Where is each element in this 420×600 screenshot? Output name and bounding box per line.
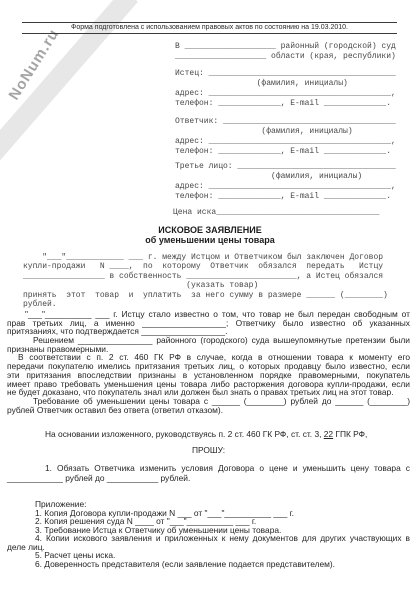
form-revision-note: Форма подготовлена с использованием прав… bbox=[22, 22, 397, 34]
gpk-article-22-link[interactable]: 22 bbox=[324, 429, 333, 439]
document-line: (указать товар) bbox=[23, 281, 388, 290]
document-line: "___"____________ ___ г. между Истцом и … bbox=[23, 253, 388, 262]
intro-paragraph: "___"____________ ___ г. между Истцом и … bbox=[23, 253, 388, 309]
document-line: ___________________ области (края, респу… bbox=[175, 52, 396, 62]
plaintiff-block: Истец: _________________________________… bbox=[175, 69, 396, 109]
document-line: телефон: _____________, E-mail _________… bbox=[175, 147, 396, 157]
court-header-block: В ___________________ районный (городско… bbox=[175, 42, 396, 62]
document-line: ____________ рублей до ___________ рубле… bbox=[7, 474, 410, 484]
defendant-block: Ответчик: ______________________________… bbox=[175, 117, 396, 157]
document-title: ИСКОВОЕ ЗАЯВЛЕНИЕ bbox=[22, 225, 398, 235]
attachments-list: Приложение:1. Копия Договора купли-прода… bbox=[7, 500, 410, 568]
document-line: 4. Копии искового заявления и приложенны… bbox=[7, 534, 410, 543]
document-line: адрес: _________________________________… bbox=[175, 89, 396, 99]
document-line: Ответчик: ______________________________… bbox=[175, 117, 396, 127]
legal-basis-line: На основании изложенного, руководствуясь… bbox=[7, 429, 410, 439]
document-subtitle: об уменьшении цены товара bbox=[22, 235, 398, 245]
document-line: телефон: _____________, E-mail _________… bbox=[175, 99, 396, 109]
document-page: NoNum.ru Форма подготовлена с использова… bbox=[0, 0, 420, 600]
legal-basis-post: ГПК РФ, bbox=[333, 429, 367, 439]
body-paragraphs: "___"__________ ___ г. Истцу стало извес… bbox=[7, 310, 410, 414]
document-line: (фамилия, инициалы) bbox=[175, 172, 396, 182]
request-heading: ПРОШУ: bbox=[7, 445, 410, 455]
document-line: _________________ в собственность ______… bbox=[23, 272, 388, 281]
third-party-block: Третье лицо: ___________________________… bbox=[175, 162, 396, 202]
document-title-block: ИСКОВОЕ ЗАЯВЛЕНИЕ об уменьшении цены тов… bbox=[22, 225, 398, 245]
document-line: телефон: _____________, E-mail _________… bbox=[175, 192, 396, 202]
document-line: рублей. bbox=[23, 300, 388, 309]
legal-basis-pre: На основании изложенного, руководствуясь… bbox=[45, 429, 324, 439]
document-line: адрес: _________________________________… bbox=[175, 182, 396, 192]
document-line: принять этот товар и уплатить за него су… bbox=[23, 291, 388, 300]
document-line: В ___________________ районный (городско… bbox=[175, 42, 396, 52]
document-line: (фамилия, инициалы) bbox=[175, 127, 396, 137]
document-line: рублей Ответчик оставил без ответа (отве… bbox=[7, 406, 410, 415]
document-line: Третье лицо: ___________________________… bbox=[175, 162, 396, 172]
document-line: (фамилия, инициалы) bbox=[175, 79, 396, 89]
claim-price-line: Цена иска_______________________________… bbox=[173, 208, 379, 218]
request-paragraph: 1. Обязать Ответчика изменить условия До… bbox=[7, 464, 410, 484]
document-line: адрес: _________________________________… bbox=[175, 137, 396, 147]
document-line: купли-продажи N ____, по которому Ответч… bbox=[23, 262, 388, 271]
document-line: 6. Доверенность представителя (если заяв… bbox=[7, 560, 410, 569]
document-line: Истец: _________________________________… bbox=[175, 69, 396, 79]
